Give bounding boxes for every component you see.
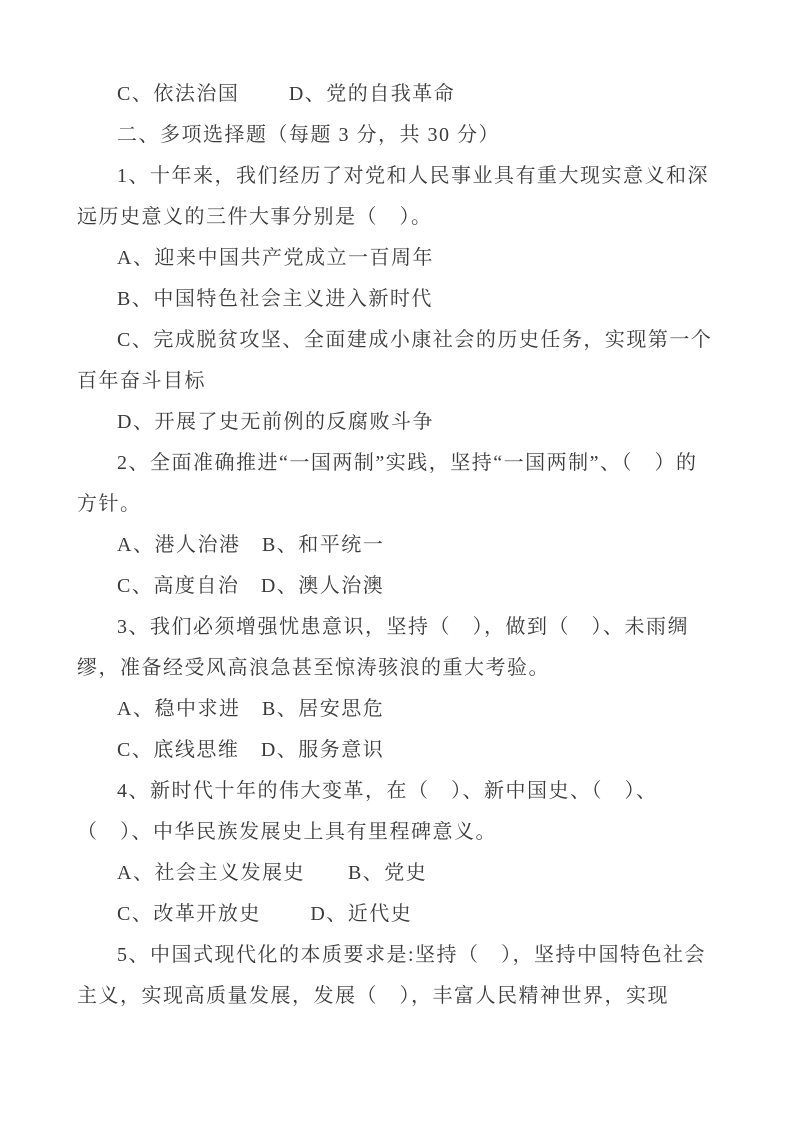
text-line: 缪，准备经受风高浪急甚至惊涛骇浪的重大考验。: [77, 648, 747, 689]
text-line: C、高度自治 D、澳人治澳: [77, 566, 747, 607]
text-line: A、迎来中国共产党成立一百周年: [77, 238, 747, 279]
document-text-block: C、依法治国 D、党的自我革命 二、多项选择题（每题 3 分，共 30 分） 1…: [77, 74, 747, 1017]
document-page: C、依法治国 D、党的自我革命 二、多项选择题（每题 3 分，共 30 分） 1…: [0, 0, 793, 1122]
text-line: 1、十年来，我们经历了对党和人民事业具有重大现实意义和深: [77, 156, 747, 197]
text-line: 4、新时代十年的伟大变革，在（ ）、新中国史、（ ）、: [77, 771, 747, 812]
text-line: 远历史意义的三件大事分别是（ ）。: [77, 197, 747, 238]
text-line: A、稳中求进 B、居安思危: [77, 689, 747, 730]
text-line: C、改革开放史 D、近代史: [77, 894, 747, 935]
text-line: A、港人治港 B、和平统一: [77, 525, 747, 566]
text-line: A、社会主义发展史 B、党史: [77, 853, 747, 894]
text-line: 2、全面准确推进“一国两制”实践，坚持“一国两制”、（ ）的: [77, 443, 747, 484]
text-line: 主义，实现高质量发展，发展（ ），丰富人民精神世界，实现: [77, 976, 747, 1017]
text-line: 方针。: [77, 484, 747, 525]
text-line: C、依法治国 D、党的自我革命: [77, 74, 747, 115]
text-line: C、底线思维 D、服务意识: [77, 730, 747, 771]
text-line: 5、中国式现代化的本质要求是:坚持（ ），坚持中国特色社会: [77, 935, 747, 976]
section-heading: 二、多项选择题（每题 3 分，共 30 分）: [77, 115, 747, 156]
text-line: 百年奋斗目标: [77, 361, 747, 402]
text-line: 3、我们必须增强忧患意识，坚持（ ），做到（ ）、未雨绸: [77, 607, 747, 648]
text-line: D、开展了史无前例的反腐败斗争: [77, 402, 747, 443]
text-line: （ ）、中华民族发展史上具有里程碑意义。: [77, 812, 747, 853]
text-line: B、中国特色社会主义进入新时代: [77, 279, 747, 320]
text-line: C、完成脱贫攻坚、全面建成小康社会的历史任务，实现第一个: [77, 320, 747, 361]
